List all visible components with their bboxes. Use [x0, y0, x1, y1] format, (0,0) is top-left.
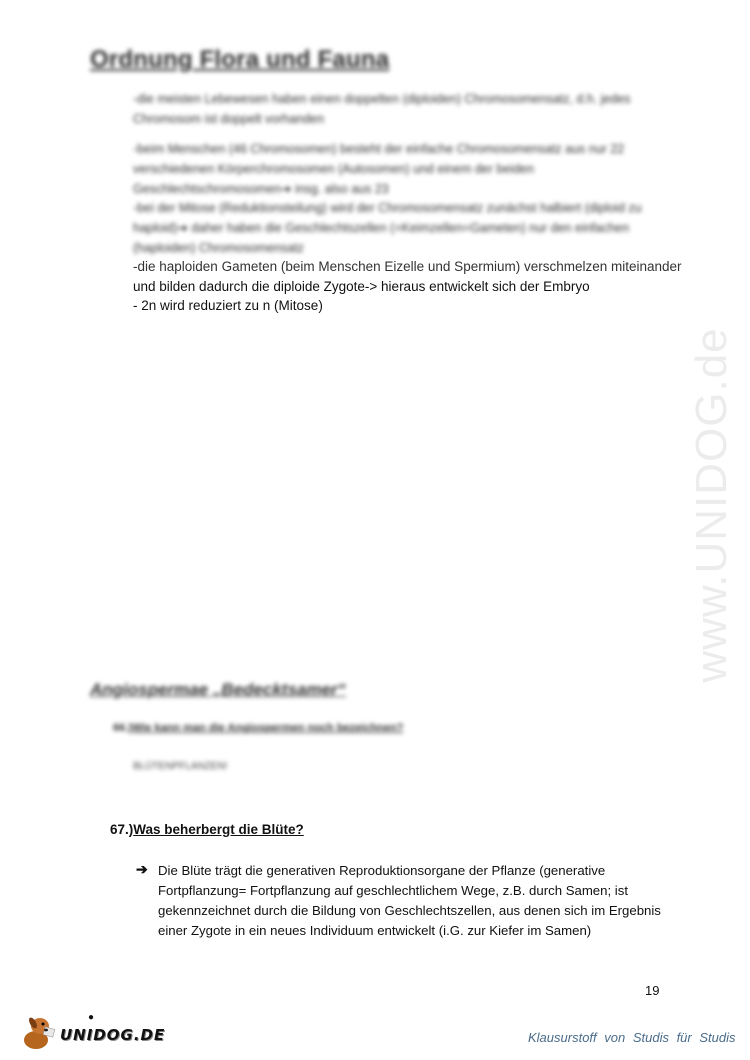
paragraph-mitosis: -bei der Mitose (Reduktionsteilung) wird…: [133, 198, 673, 258]
paragraph-human-chromosomes: -beim Menschen (46 Chromosomen) besteht …: [133, 139, 673, 199]
visible-text-block: -die haploiden Gameten (beim Menschen Ei…: [133, 257, 693, 316]
page-number: 19: [645, 983, 659, 998]
answer-66: BLÜTENPFLANZEN!: [133, 761, 227, 772]
dog-mascot-icon: [22, 1012, 58, 1050]
text-line: und bilden dadurch die diploide Zygote->…: [133, 277, 693, 297]
text-line: -die haploiden Gameten (beim Menschen Ei…: [133, 257, 693, 277]
arrow-right-icon: ➔: [136, 861, 148, 878]
question-66: 66.)Wie kann man die Angiospermen noch b…: [113, 722, 403, 734]
question-67: 67.)Was beherbergt die Blüte?: [110, 822, 304, 837]
question-text: Was beherbergt die Blüte?: [133, 822, 304, 837]
question-number: 66.): [113, 722, 132, 734]
section-title-flora-fauna: Ordnung Flora und Fauna: [90, 46, 389, 74]
section-title-angiospermae: Angiospermae „Bedecktsamer“: [90, 680, 346, 700]
text-line: - 2n wird reduziert zu n (Mitose): [133, 296, 693, 316]
question-number: 67.): [110, 822, 133, 837]
paragraph-diploid: -die meisten Lebewesen haben einen doppe…: [133, 89, 673, 129]
watermark: www.UNIDOG.de: [687, 327, 737, 682]
question-text: Wie kann man die Angiospermen noch bezei…: [132, 722, 403, 734]
paw-icon: ●: [88, 1012, 94, 1023]
footer-tagline: Klausurstoff von Studis für Studis: [528, 1030, 735, 1045]
logo-text: UNIDOG.DE: [60, 1026, 165, 1044]
answer-67: Die Blüte trägt die generativen Reproduk…: [158, 861, 678, 941]
unidog-logo[interactable]: ● UNIDOG.DE: [22, 1012, 162, 1052]
